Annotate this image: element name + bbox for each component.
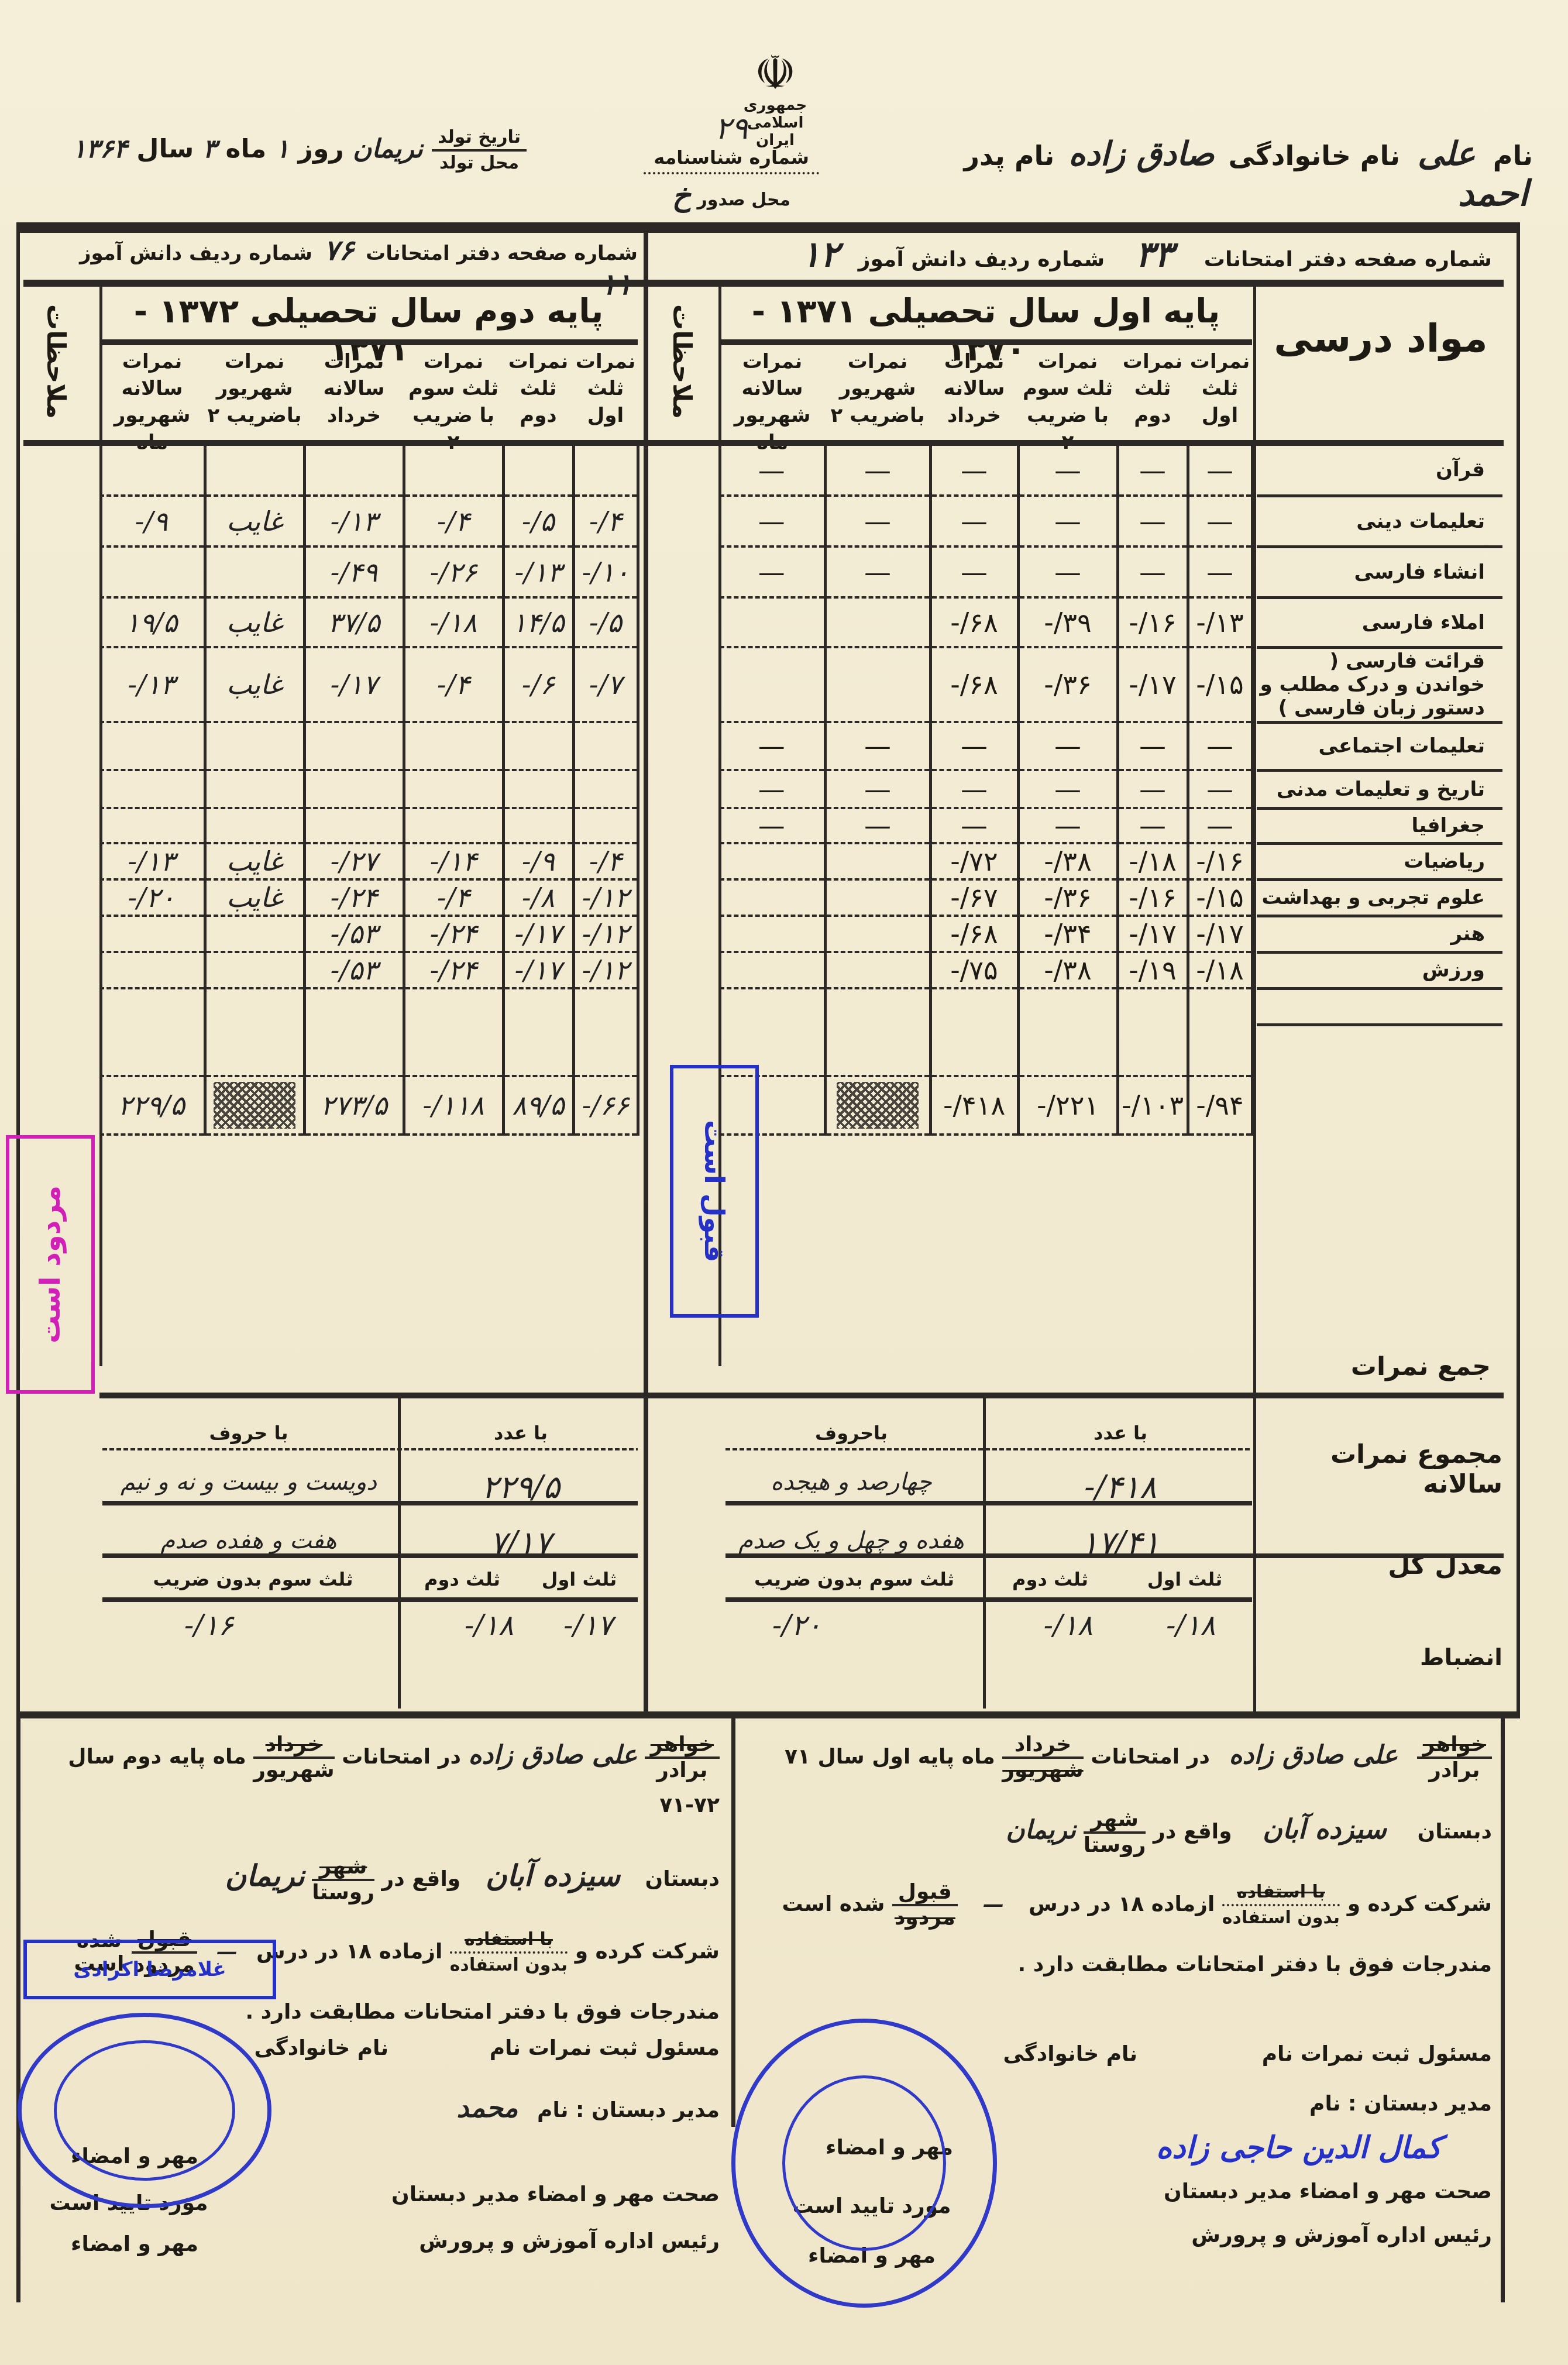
cert1-participated: شرکت کرده و [1347,1892,1492,1916]
grade-cell [503,722,573,770]
grade-cell [720,597,825,647]
grade2-exam-info: شماره صفحه دفتر امتحانات ۷۶ شماره ردیف د… [35,234,638,301]
grade-cell: — [720,808,825,843]
grade-cell [573,722,638,770]
grade-cell: — [930,770,1018,808]
subject-dictation: املاء فارسی [1257,597,1502,647]
grade-cell: ۱۲/- [573,952,638,988]
grade1-discipline-term2: ۱۸/- [1007,1609,1130,1642]
grade-cell [720,879,825,916]
grade2-discipline-term3-label: ثلث سوم بدون ضریب [102,1568,404,1590]
seal-inner-ring [54,2040,235,2181]
day-value: ۱ [276,134,290,164]
grade-cell: ۲۴/- [404,916,503,952]
grade1-table: —————— —————— —————— ۱۳/-۱۶/-۳۹/-۶۸/- ۱۵… [720,446,1254,1136]
grade-cell [825,879,930,916]
grade1-cert-line1: خواهربرادر علی صادق زاده در امتحانات خرد… [743,1732,1492,1782]
grade-cell [503,988,573,1076]
cert1-accepted: قبول [892,1881,958,1906]
id-number-label: شماره شناسنامه [644,146,819,174]
grade-cell [825,597,930,647]
cert2-sibling-bottom: برادر [645,1759,720,1782]
cert2-school-label: دبستان [645,1867,720,1891]
grade-cell: ۱۴/- [404,843,503,879]
cert2-head-seal-label: مهر و امضاء [35,2232,234,2256]
divider [725,1597,1252,1602]
grade-cell [205,988,304,1076]
grade-cell: ۵۳/- [304,916,404,952]
grade1-total-term2: ۱۰۳/- [1117,1076,1188,1135]
grade-cell: ۷۵/- [930,952,1018,988]
grade2-col-shahrivar: نمرات شهریور باضریب ۲ [205,348,304,436]
grade-cell: — [1188,446,1252,496]
grade-cell: ۳۷/۵ [304,597,404,647]
accepted-stamp: قبول است [670,1065,759,1318]
cert2-exams-label: در امتحانات [342,1745,461,1769]
grade-cell [720,916,825,952]
cert1-exams-label: در امتحانات [1091,1745,1210,1769]
grade2-col-annual-shahrivar: نمرات سالانه شهریور ماه [99,348,205,436]
year-label: سال [136,134,194,164]
subject-science: علوم تجربی و بهداشت [1257,879,1502,916]
grade1-round-seal [731,2019,997,2308]
grade-cell: ۱۷/- [1188,916,1252,952]
subject-geography: جغرافیا [1257,808,1502,843]
year-value: ۱۳۶۴ [72,134,128,164]
grade2-words-label: با حروف [102,1422,395,1444]
grade-cell: — [1188,722,1252,770]
grade-cell: — [930,808,1018,843]
subject-math: ریاضیات [1257,843,1502,879]
cert2-article: ازماده ۱۸ در درس [256,1940,442,1964]
grade2-total-term1: ۶۶/- [573,1076,638,1135]
grade-cell: ۱۳/- [503,546,573,597]
subject-blank [1257,988,1502,1025]
cert2-principal-first-name: محمد [456,2092,518,2123]
ornament-cell [825,1076,930,1135]
grade-cell: — [720,446,825,496]
grade-cell: ۴/- [573,843,638,879]
grade1-total-term1: ۹۴/- [1188,1076,1252,1135]
divider [725,1448,1252,1450]
birth-place-label: محل تولد [432,152,527,175]
grade1-discipline-headers: ثلث اول ثلث دوم ثلث سوم بدون ضریب [725,1568,1252,1590]
cert2-family-label: نام خانوادگی [254,2036,388,2060]
divider [102,1553,638,1558]
cert1-registrar-label: مسئول ثبت نمرات نام [1262,2042,1492,2066]
cert1-course-value: — [982,1892,1003,1916]
grade-cell: — [1018,722,1117,770]
cert1-year-label: سال ۷۱ [785,1745,865,1769]
grade1-annual-numeric: ۴۱۸/- [989,1469,1252,1505]
grade1-exam-page-value: ۳۳ [1136,234,1173,275]
grade2-discipline-values: ۱۷/- ۱۸/- ۱۶/- [102,1609,638,1642]
grade-cell [404,770,503,808]
total-label: جمع نمرات [1257,1352,1491,1381]
grade-cell [720,647,825,722]
grade-cell: — [1188,808,1252,843]
grade-cell: — [1018,546,1117,597]
grade-cell: ۱۲/- [573,916,638,952]
grade-cell [404,722,503,770]
grade-cell: ۳۴/- [1018,916,1117,952]
grade-cell [825,647,930,722]
cert2-month-top: خرداد [253,1733,334,1759]
grade-cell: ۱۷/- [304,647,404,722]
grade-cell: — [1117,496,1188,546]
grade2-total-term2: ۸۹/۵ [503,1076,573,1135]
grade-cell: — [720,546,825,597]
grade-cell [205,722,304,770]
cert1-city-top: شهر [1084,1808,1146,1834]
grade-cell: ۱۶/- [1117,597,1188,647]
grade-cell: ۱۶/- [1117,879,1188,916]
cert1-without-use: بدون استفاده [1222,1906,1340,1930]
grade-cell: — [930,546,1018,597]
cert1-located-label: واقع در [1153,1820,1232,1844]
grade-cell: ۲۶/- [404,546,503,597]
cert2-registrar-label: مسئول ثبت نمرات نام [490,2036,720,2060]
cert2-located-label: واقع در [382,1867,461,1891]
grade-cell [205,916,304,952]
accepted-stamp-text: قبول است [699,1120,730,1262]
grade2-total-shahrivar: ۲۲۹/۵ [99,1076,205,1135]
annual-total-label: مجموع نمرات سالانه [1257,1439,1502,1499]
grade2-average-words: هفت و هفده صدم [102,1527,395,1554]
grade1-title-divider [720,339,1252,345]
cert1-sibling-top: خواهر [1417,1733,1492,1759]
grade-cell: ۷۲/- [930,843,1018,879]
cert2-city-top: شهر [312,1855,374,1881]
grade2-discipline-term2: ۱۸/- [439,1609,538,1642]
grade-cell: ۲۷/- [304,843,404,879]
grade-cell: غایب [205,647,304,722]
name-label: نام [1493,140,1533,171]
subject-history: تاریخ و تعلیمات مدنی [1257,770,1502,808]
grade-cell [99,916,205,952]
grade1-cert-line2: دبستان سیزده آبان واقع در شهرروستا نریما… [743,1806,1492,1857]
grade-cell [720,843,825,879]
grade-cell: ۷/- [573,647,638,722]
grade-cell: — [720,722,825,770]
grade1-discipline-term3-label: ثلث سوم بدون ضریب [725,1568,983,1590]
divider [102,1448,638,1450]
cert1-student: علی صادق زاده [1229,1740,1398,1770]
grade-cell: غایب [205,843,304,879]
grade2-col-term2: نمرات ثلث دوم [503,348,573,436]
ornament-icon [837,1082,919,1129]
subject-religion: تعلیمات دینی [1257,496,1502,546]
cert-left-border [16,1717,20,2302]
grade1-col-annual-khordad: نمرات سالانه خرداد [930,348,1018,436]
grade-cell: ۸/- [503,879,573,916]
grade1-discipline-values: ۱۸/- ۱۸/- ۲۰/- [725,1609,1252,1642]
grade-cell [205,808,304,843]
grade2-student-row-label: شماره ردیف دانش آموز [80,242,312,265]
grade2-col-term3: نمرات ثلث سوم با ضریب ۲ [404,348,503,436]
grade2-remarks-label: ملاحظات [41,304,71,445]
grade-cell [404,988,503,1076]
ornament-icon [214,1082,295,1129]
grade-cell [99,446,205,496]
grade-cell [205,446,304,496]
subject-social: تعلیمات اجتماعی [1257,722,1502,770]
grade1-summary-divider [983,1395,986,1709]
grade1-annual-words: چهارصد و هیجده [725,1469,977,1496]
grade2-total-annual: ۲۷۳/۵ [304,1076,404,1135]
grade-cell: ۱۶/- [1188,843,1252,879]
issue-place-label: محل صدور [697,190,791,210]
grade1-discipline-term2-label: ثلث دوم [983,1568,1117,1590]
grade-cell: ۴/- [404,496,503,546]
cert1-match-statement: مندرجات فوق با دفتر امتحانات مطابقت دارد… [743,1941,1492,1988]
grade-cell: — [1018,496,1117,546]
rejected-stamp: مردود است [6,1135,95,1394]
cert1-month-top: خرداد [1002,1733,1083,1759]
grade1-discipline-term1-label: ثلث اول [1117,1568,1252,1590]
grade1-exam-info: شماره صفحه دفتر امتحانات ۳۳ شماره ردیف د… [661,234,1492,275]
divider [725,1501,1252,1505]
grade-cell: ۲۰/- [99,879,205,916]
grade-cell: ۴/- [404,647,503,722]
grade2-numeric-label: با عدد [404,1422,638,1444]
subject-quran: قرآن [1257,446,1502,496]
grade-cell [825,916,930,952]
grade-cell: — [1018,808,1117,843]
grade1-student-row-value: ۱۲ [802,234,839,275]
grade1-col-term3: نمرات ثلث سوم با ضریب ۲ [1018,348,1117,436]
cert1-rejected: مردود [892,1906,958,1930]
cert2-with-use: با استفاده [450,1928,568,1954]
grade1-total-term3: ۲۲۱/- [1018,1076,1117,1135]
cert-divider [16,1711,1520,1718]
grade-cell [503,770,573,808]
grade1-col-annual-shahrivar: نمرات سالانه شهریور ماه [720,348,825,436]
grade2-column-headers: نمرات ثلث اول نمرات ثلث دوم نمرات ثلث سو… [99,348,638,436]
name-stamp-text: غلامرضا اکرادی [73,1958,226,1981]
birth-date-label: تاریخ تولد [432,126,527,152]
subject-reading: قرائت فارسی ( خواندن و درک مطلب و دستور … [1257,647,1502,722]
grade1-certification: خواهربرادر علی صادق زاده در امتحانات خرد… [743,1732,1492,1988]
grade-cell [304,722,404,770]
grade-cell: — [1018,770,1117,808]
grade-cell: ۴/- [404,879,503,916]
grade-cell: ۱۸/- [1117,843,1188,879]
grade1-column-headers: نمرات ثلث اول نمرات ثلث دوم نمرات ثلث سو… [720,348,1252,436]
grade2-cert-line2: دبستان سیزده آبان واقع در شهرروستا نریما… [29,1852,720,1905]
grade-cell: — [825,770,930,808]
grade-cell [825,843,930,879]
grade-cell: — [720,496,825,546]
cert2-city-value: نریمان [225,1858,304,1893]
birth-place-value: نریمان [353,134,423,164]
name-value: علی [1418,135,1476,173]
divider [102,1597,638,1602]
grade-cell: ۱۳/- [99,843,205,879]
grade-cell: — [1117,546,1188,597]
cert2-month-bottom: شهریور [253,1759,334,1782]
birth-info: تاریخ تولد محل تولد نریمان روز ۱ ماه ۳ س… [23,126,527,175]
grade-cell [304,988,404,1076]
grade-cell [205,952,304,988]
cert1-school-label: دبستان [1417,1820,1492,1844]
grade-cell: ۳۹/- [1018,597,1117,647]
cert2-participated: شرکت کرده و [575,1940,720,1964]
cert2-city-bottom: روستا [312,1881,374,1905]
id-number-block: ۲۹ شماره شناسنامه محل صدور خ [644,111,819,212]
cert1-sibling-bottom: برادر [1417,1759,1492,1782]
grade-cell [503,446,573,496]
grade-cell [825,988,930,1076]
grade2-title-divider [99,339,638,345]
grade2-discipline-term2-label: ثلث دوم [404,1568,521,1590]
cert1-with-use: با استفاده [1222,1881,1340,1906]
subject-sport: ورزش [1257,952,1502,988]
grade-cell [99,952,205,988]
grade-cell: — [930,496,1018,546]
grade-cell: ۵۳/- [304,952,404,988]
grade-cell: ۳۶/- [1018,647,1117,722]
grade-cell [99,770,205,808]
grade-cell: ۶/- [503,647,573,722]
grade-cell: غایب [205,496,304,546]
grade1-remarks-label: ملاحظات [667,304,697,445]
grade2-col-term1: نمرات ثلث اول [573,348,638,436]
grade-cell: ۵/- [573,597,638,647]
grade-cell [99,546,205,597]
id-number-value: ۲۹ [644,111,819,146]
cert1-family-label: نام خانوادگی [1003,2042,1137,2066]
middle-divider [644,229,648,1716]
discipline-label: انضباط [1257,1644,1502,1671]
grade-cell [503,808,573,843]
grade-cell [825,952,930,988]
cert-middle-divider [731,1717,735,2127]
grade1-total-annual: ۴۱۸/- [930,1076,1018,1135]
grade-cell: ۹/- [503,843,573,879]
grade-cell: ۴۹/- [304,546,404,597]
cert2-school-value: سیزده آبان [486,1858,620,1893]
grade-cell [99,722,205,770]
cert2-without-use: بدون استفاده [450,1954,568,1977]
grade-cell: — [1117,722,1188,770]
cert1-month-bottom: شهریور [1002,1759,1083,1782]
grade-cell [720,952,825,988]
subjects-list: قرآن تعلیمات دینی انشاء فارسی املاء فارس… [1257,446,1502,1026]
divider [102,1501,638,1505]
cert1-city-value: نریمان [1006,1815,1076,1845]
cert2-sibling-top: خواهر [645,1733,720,1759]
cert2-student: علی صادق زاده [468,1740,637,1770]
grade-cell: ۱۷/- [1117,647,1188,722]
grade-cell: ۱۵/- [1188,647,1252,722]
cert2-principal-label: مدیر دبستان : نام [537,2098,720,2122]
grade-cell: ۱۳/- [304,496,404,546]
subjects-header: مواد درسی [1258,316,1504,361]
grade-cell: — [930,722,1018,770]
grade-cell [304,446,404,496]
grade-cell [404,446,503,496]
header-bottom-divider [23,440,1504,446]
grade1-col-shahrivar: نمرات شهریور باضریب ۲ [825,348,930,436]
grade2-discipline-term1-label: ثلث اول [521,1568,638,1590]
grade-cell [205,546,304,597]
grade-cell: — [825,808,930,843]
father-value: احمد [1458,173,1528,214]
grade-cell [720,988,825,1076]
grade1-exam-page-label: شماره صفحه دفتر امتحانات [1204,247,1492,271]
grade-cell: — [1188,496,1252,546]
family-label: نام خانوادگی [1229,140,1400,171]
grade-cell: ۱۷/- [1117,916,1188,952]
cert-right-border [1501,1717,1505,2302]
month-label: ماه [226,134,267,164]
student-info-right: نام علی نام خانوادگی صادق زاده نام پدر ا… [924,135,1533,222]
grade-cell [573,770,638,808]
grade-cell [573,988,638,1076]
grade2-round-seal [18,2013,271,2208]
cert1-done: شده است [782,1892,885,1916]
grade-cell [205,770,304,808]
grade1-discipline-term3: ۲۰/- [725,1609,1007,1642]
subject-composition: انشاء فارسی [1257,546,1502,597]
grade-cell [1117,988,1188,1076]
grade-cell [573,446,638,496]
grade-cell: — [1117,770,1188,808]
cert1-article: ازماده ۱۸ در درس [1029,1892,1215,1916]
header-divider [16,222,1520,229]
grade1-numeric-label: با عدد [989,1422,1252,1444]
grade2-exam-page-label: شماره صفحه دفتر امتحانات [366,242,638,265]
grade-cell: ۱۸/- [1188,952,1252,988]
grade-cell: ۹/- [99,496,205,546]
grade1-discipline-term1: ۱۸/- [1129,1609,1252,1642]
ornament-cell [205,1076,304,1135]
grade-cell [573,808,638,843]
iran-emblem-icon: ☫ [743,50,807,97]
day-label: روز [298,134,344,164]
grade2-col-annual-khordad: نمرات سالانه خرداد [304,348,404,436]
grade2-table: ۴/-۵/-۴/-۱۳/-غایب۹/- ۱۰/-۱۳/-۲۶/-۴۹/- ۵/… [99,446,639,1136]
rejected-stamp-text: مردود است [34,1185,67,1343]
grade-cell: ۲۴/- [304,879,404,916]
grade-cell: ۳۶/- [1018,879,1117,916]
grade-cell: — [930,446,1018,496]
grade-cell: ۳۸/- [1018,843,1117,879]
grade-cell: — [720,770,825,808]
grade-cell [1188,988,1252,1076]
grade-cell: ۱۳/- [99,647,205,722]
grade-cell: ۱۰/- [573,546,638,597]
subject-art: هنر [1257,916,1502,952]
grade1-words-label: باحروف [725,1422,977,1444]
grade1-student-row-label: شماره ردیف دانش آموز [858,247,1105,271]
grade-cell [404,808,503,843]
grade-cell: ۶۸/- [930,647,1018,722]
cert1-principal-name: کمال الدین حاجی زاده [1123,2130,1474,2165]
grade-cell: ۶۷/- [930,879,1018,916]
grade-cell: ۲۴/- [404,952,503,988]
grade-cell: — [1117,808,1188,843]
grade2-discipline-term3: ۱۶/- [102,1609,439,1642]
grade-cell: ۱۹/۵ [99,597,205,647]
grade-cell: — [1188,546,1252,597]
grade-cell: ۱۹/- [1117,952,1188,988]
grade2-cert-line1: خواهربرادر علی صادق زاده در امتحانات خرد… [29,1732,720,1829]
grade-cell: ۵/- [503,496,573,546]
grade-cell: غایب [205,597,304,647]
grade2-total-term3: ۱۱۸/- [404,1076,503,1135]
